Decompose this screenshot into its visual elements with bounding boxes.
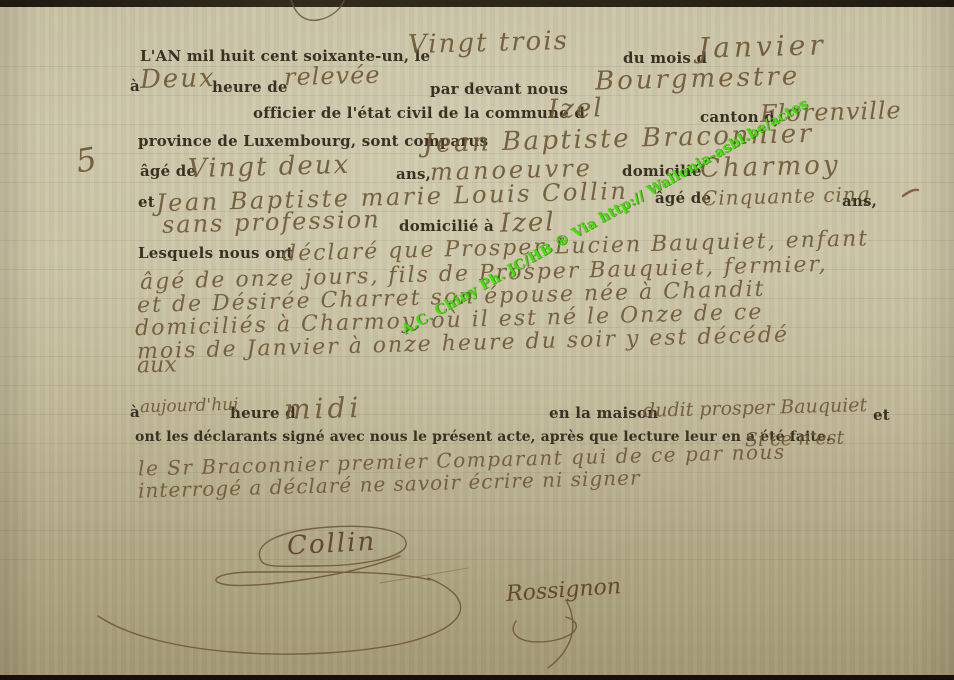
printed-ans2: ans, bbox=[842, 192, 877, 210]
right-edge-ink-mark bbox=[903, 190, 918, 196]
act-number: 5 bbox=[73, 140, 100, 181]
signature-collin: Collin bbox=[286, 527, 377, 562]
document-scan: 5 L'AN mil huit cent soixante-un, le Vin… bbox=[0, 0, 954, 680]
signature-rossignon: Rossignon bbox=[505, 574, 622, 607]
hw-comparant1-age: Vingt deux bbox=[188, 150, 351, 184]
hw-death-house: dudit prosper Bauquiet bbox=[643, 394, 868, 422]
collin-lens-flourish bbox=[216, 556, 430, 585]
hw-hour-period: relevée bbox=[284, 61, 381, 92]
hw-death-day: aujourd'hui bbox=[140, 395, 239, 418]
collin-hairline bbox=[380, 568, 468, 583]
printed-et2: et bbox=[873, 406, 890, 424]
hw-day: Vingt trois bbox=[408, 26, 570, 60]
hw-month: Janvier bbox=[698, 28, 828, 64]
printed-lesquels: Lesquels nous ont bbox=[138, 244, 294, 262]
printed-a2: à bbox=[130, 403, 140, 421]
scan-edge-bottom bbox=[0, 675, 954, 680]
hw-hour: Deux bbox=[140, 63, 216, 95]
scan-edge-top bbox=[0, 0, 954, 7]
hw-death-hour: midi bbox=[284, 391, 363, 426]
printed-et: et bbox=[138, 193, 155, 211]
rossignon-tail-flourish bbox=[548, 600, 573, 668]
printed-a: à bbox=[130, 77, 140, 95]
printed-commune-label: officier de l'état civil de la commune d bbox=[253, 104, 585, 122]
collin-sweep-flourish bbox=[98, 578, 461, 654]
hw-officer-title: Bourgmestre bbox=[595, 61, 801, 96]
rossignon-loop-flourish bbox=[513, 617, 576, 642]
hw-comparant2-profession: sans profession bbox=[162, 205, 381, 239]
printed-heure-de: heure de bbox=[212, 78, 288, 96]
printed-domicilie2: domicilié à bbox=[399, 217, 494, 235]
hw-commune: Izel bbox=[548, 93, 604, 124]
printed-ans1: ans, bbox=[396, 165, 431, 183]
hw-declaration-6: aux bbox=[137, 352, 177, 378]
